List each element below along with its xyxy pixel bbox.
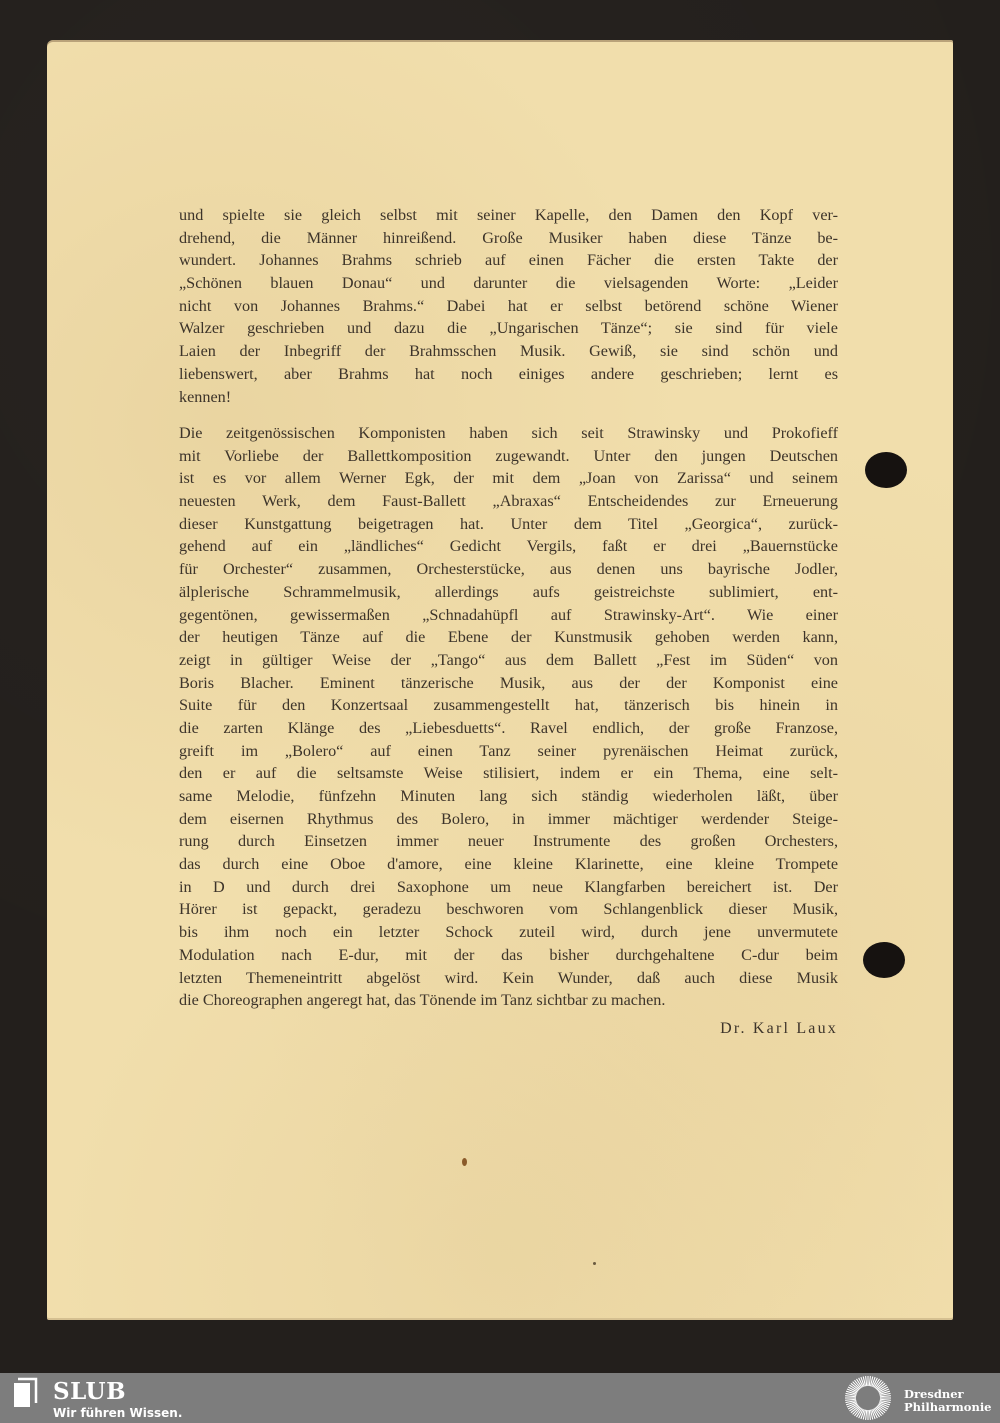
paper-speck: [593, 1262, 596, 1265]
text-line: drehend, die Männer hinreißend. Große Mu…: [179, 227, 838, 250]
text-line: die zarten Klänge des „Liebesduetts“. Ra…: [179, 717, 838, 740]
text-line: letzten Themeneintritt abgelöst wird. Ke…: [179, 967, 838, 990]
text-line: der heutigen Tänze auf die Ebene der Kun…: [179, 626, 838, 649]
text-line: dem eisernen Rhythmus des Bolero, in imm…: [179, 808, 838, 831]
text-line: dieser Kunstgattung beigetragen hat. Unt…: [179, 513, 838, 536]
text-line: Walzer geschrieben und dazu die „Ungaris…: [179, 317, 838, 340]
text-line: rung durch Einsetzen immer neuer Instrum…: [179, 830, 838, 853]
text-line: nicht von Johannes Brahms.“ Dabei hat er…: [179, 295, 838, 318]
text-line: Boris Blacher. Eminent tänzerische Musik…: [179, 672, 838, 695]
philharmonie-name-line2: Philharmonie: [904, 1401, 992, 1414]
punch-hole: [863, 942, 905, 978]
slub-title[interactable]: SLUB: [53, 1378, 126, 1405]
text-line: Suite für den Konzertsaal zusammengestel…: [179, 694, 838, 717]
text-line: gegentönen, gewissermaßen „Schnadahüpfl …: [179, 604, 838, 627]
text-line: Laien der Inbegriff der Brahmsschen Musi…: [179, 340, 838, 363]
text-line: wundert. Johannes Brahms schrieb auf ein…: [179, 249, 838, 272]
punch-hole: [865, 452, 907, 488]
text-line: neuesten Werk, dem Faust-Ballett „Abraxa…: [179, 490, 838, 513]
text-line: ist es vor allem Werner Egk, der mit dem…: [179, 467, 838, 490]
philharmonie-name[interactable]: Dresdner Philharmonie: [904, 1388, 992, 1414]
slub-book-icon[interactable]: [12, 1377, 40, 1407]
text-line: den er auf die seltsamste Weise stilisie…: [179, 762, 838, 785]
paragraph-1: und spielte sie gleich selbst mit seiner…: [179, 204, 838, 408]
text-line: gehend auf ein „ländliches“ Gedicht Verg…: [179, 535, 838, 558]
text-line: mit Vorliebe der Ballettkomposition zuge…: [179, 445, 838, 468]
text-line: bis ihm noch ein letzter Schock zuteil w…: [179, 921, 838, 944]
text-line: für Orchester“ zusammen, Orchesterstücke…: [179, 558, 838, 581]
text-line: same Melodie, fünfzehn Minuten lang sich…: [179, 785, 838, 808]
paper-speck: [462, 1158, 467, 1166]
text-line: Modulation nach E-dur, mit der das bishe…: [179, 944, 838, 967]
text-line: älplerische Schrammelmusik, allerdings a…: [179, 581, 838, 604]
text-line: Die zeitgenössischen Komponisten haben s…: [179, 422, 838, 445]
text-line: kennen!: [179, 386, 838, 409]
slub-tagline: Wir führen Wissen.: [53, 1406, 182, 1420]
text-line: „Schönen blauen Donau“ und darunter die …: [179, 272, 838, 295]
sunburst-ring-icon[interactable]: [842, 1374, 894, 1422]
text-line: die Choreographen angeregt hat, das Töne…: [179, 989, 838, 1012]
paragraph-2: Die zeitgenössischen Komponisten haben s…: [179, 422, 838, 1012]
text-line: das durch eine Oboe d'amore, eine kleine…: [179, 853, 838, 876]
text-line: liebenswert, aber Brahms hat noch einige…: [179, 363, 838, 386]
text-line: in D und durch drei Saxophone um neue Kl…: [179, 876, 838, 899]
footer-bar: SLUB Wir führen Wissen. Dresdner Philhar…: [0, 1373, 1000, 1423]
author-signature: Dr. Karl Laux: [720, 1020, 838, 1038]
text-line: und spielte sie gleich selbst mit seiner…: [179, 204, 838, 227]
text-line: greift im „Bolero“ auf einen Tanz seiner…: [179, 740, 838, 763]
text-line: Hörer ist gepackt, geradezu beschworen v…: [179, 898, 838, 921]
text-line: zeigt in gültiger Weise der „Tango“ aus …: [179, 649, 838, 672]
